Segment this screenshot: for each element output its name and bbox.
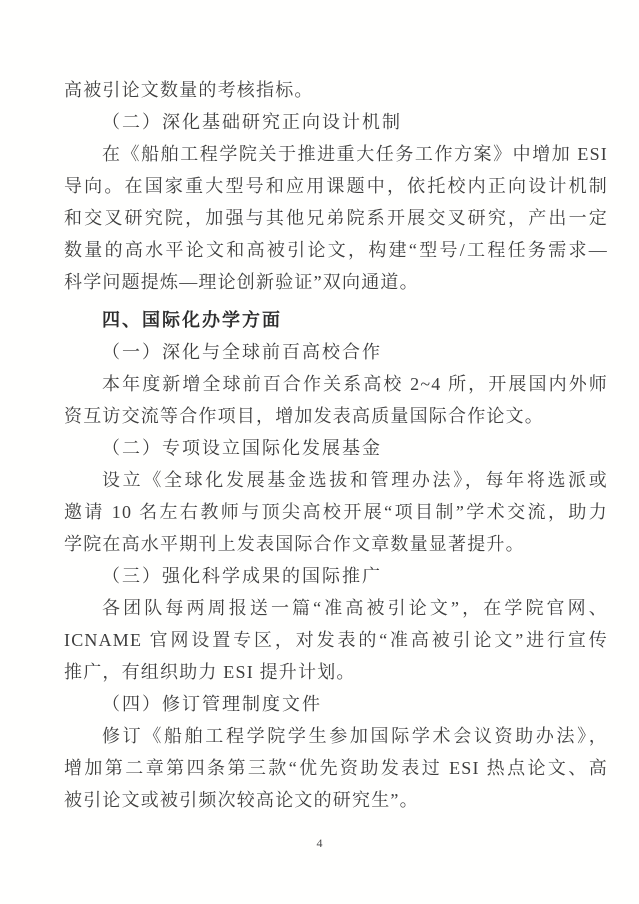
paragraph-line: 增加第二章第四条第三款“优先资助发表过 ESI 热点论文、高 bbox=[64, 752, 608, 784]
subsection-heading: （四）修订管理制度文件 bbox=[64, 688, 608, 720]
page-number: 4 bbox=[0, 836, 639, 851]
subsection-heading: （一）深化与全球前百高校合作 bbox=[64, 336, 608, 368]
paragraph-line: 导向。在国家重大型号和应用课题中，依托校内正向设计机制 bbox=[64, 170, 608, 202]
subsection-heading: （二）专项设立国际化发展基金 bbox=[64, 432, 608, 464]
paragraph-line: 各团队每两周报送一篇“准高被引论文”，在学院官网、 bbox=[64, 592, 608, 624]
section-heading-international: 四、国际化办学方面 bbox=[64, 304, 608, 336]
paragraph-line: 和交叉研究院，加强与其他兄弟院系开展交叉研究，产出一定 bbox=[64, 202, 608, 234]
subsection-heading: （二）深化基础研究正向设计机制 bbox=[64, 106, 608, 138]
paragraph-line: 资互访交流等合作项目，增加发表高质量国际合作论文。 bbox=[64, 400, 608, 432]
document-page: 高被引论文数量的考核指标。 （二）深化基础研究正向设计机制 在《船舶工程学院关于… bbox=[0, 0, 639, 904]
document-body: 高被引论文数量的考核指标。 （二）深化基础研究正向设计机制 在《船舶工程学院关于… bbox=[64, 74, 608, 816]
paragraph-line: 修订《船舶工程学院学生参加国际学术会议资助办法》， bbox=[64, 720, 608, 752]
paragraph-line: 学院在高水平期刊上发表国际合作文章数量显著提升。 bbox=[64, 528, 608, 560]
paragraph-line: 高被引论文数量的考核指标。 bbox=[64, 74, 608, 106]
paragraph-line: 科学问题提炼—理论创新验证”双向通道。 bbox=[64, 266, 608, 298]
paragraph-line: 本年度新增全球前百合作关系高校 2~4 所，开展国内外师 bbox=[64, 368, 608, 400]
paragraph-line: 设立《全球化发展基金选拔和管理办法》，每年将选派或 bbox=[64, 464, 608, 496]
paragraph-line: 数量的高水平论文和高被引论文，构建“型号/工程任务需求— bbox=[64, 234, 608, 266]
paragraph-line: 被引论文或被引频次较高论文的研究生”。 bbox=[64, 784, 608, 816]
paragraph-line: 邀请 10 名左右教师与顶尖高校开展“项目制”学术交流，助力 bbox=[64, 496, 608, 528]
paragraph-line: 推广，有组织助力 ESI 提升计划。 bbox=[64, 656, 608, 688]
paragraph-line: ICNAME 官网设置专区，对发表的“准高被引论文”进行宣传 bbox=[64, 624, 608, 656]
subsection-heading: （三）强化科学成果的国际推广 bbox=[64, 560, 608, 592]
paragraph-line: 在《船舶工程学院关于推进重大任务工作方案》中增加 ESI bbox=[64, 138, 608, 170]
